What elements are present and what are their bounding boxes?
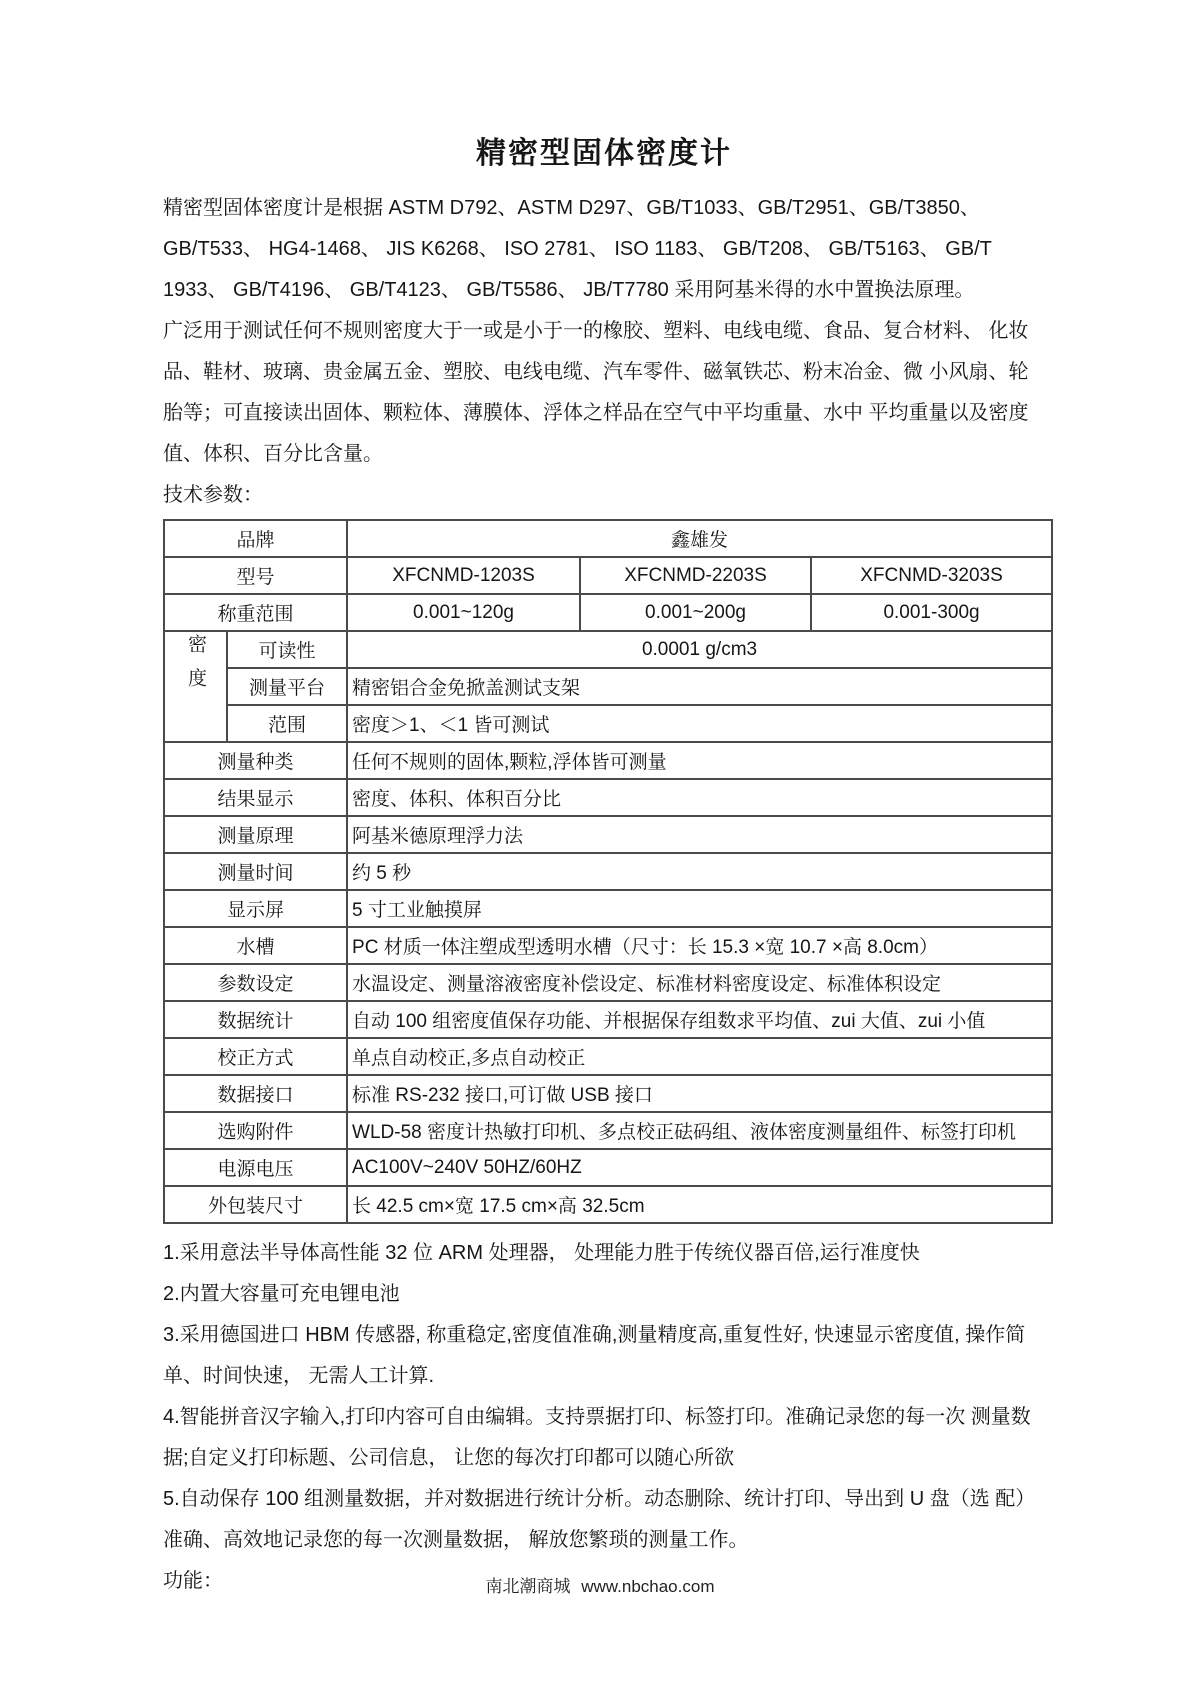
row-label: 测量原理 — [164, 816, 347, 853]
intro-paragraph-1: 精密型固体密度计是根据 ASTM D792、ASTM D297、GB/T1033… — [163, 188, 1045, 311]
table-row-weigh-range: 称重范围 0.001~120g 0.001~200g 0.001-300g — [164, 594, 1052, 631]
table-row: 选购附件 WLD-58 密度计热敏打印机、多点校正砝码组、液体密度测量组件、标签… — [164, 1112, 1052, 1149]
table-row: 结果显示 密度、体积、体积百分比 — [164, 779, 1052, 816]
table-row-density-range: 范围 密度＞1、＜1 皆可测试 — [164, 705, 1052, 742]
density-group-text: 密度 — [182, 634, 209, 702]
row-value: 鑫雄发 — [347, 520, 1052, 557]
row-label: 数据统计 — [164, 1001, 347, 1038]
row-label: 称重范围 — [164, 594, 347, 631]
row-label: 水槽 — [164, 927, 347, 964]
table-row-brand: 品牌 鑫雄发 — [164, 520, 1052, 557]
row-label: 电源电压 — [164, 1149, 347, 1186]
feature-item-2: 2.内置大容量可充电锂电池 — [163, 1274, 1045, 1315]
table-row: 数据接口 标准 RS-232 接口,可订做 USB 接口 — [164, 1075, 1052, 1112]
feature-item-4: 4.智能拼音汉字输入,打印内容可自由编辑。支持票据打印、标签打印。准确记录您的每… — [163, 1397, 1045, 1479]
row-value: 标准 RS-232 接口,可订做 USB 接口 — [347, 1075, 1052, 1112]
table-row: 显示屏 5 寸工业触摸屏 — [164, 890, 1052, 927]
table-row: 测量种类 任何不规则的固体,颗粒,浮体皆可测量 — [164, 742, 1052, 779]
model-cell: XFCNMD-2203S — [580, 557, 811, 594]
table-row-density-platform: 测量平台 精密铝合金免掀盖测试支架 — [164, 668, 1052, 705]
row-value: 密度＞1、＜1 皆可测试 — [347, 705, 1052, 742]
row-value: 精密铝合金免掀盖测试支架 — [347, 668, 1052, 705]
row-value: PC 材质一体注塑成型透明水槽（尺寸：长 15.3 ×宽 10.7 ×高 8.0… — [347, 927, 1052, 964]
model-cell: XFCNMD-1203S — [347, 557, 580, 594]
row-value: 长 42.5 cm×宽 17.5 cm×高 32.5cm — [347, 1186, 1052, 1223]
row-value: AC100V~240V 50HZ/60HZ — [347, 1149, 1052, 1186]
intro-paragraph-2: 广泛用于测试任何不规则密度大于一或是小于一的橡胶、塑料、电线电缆、食品、复合材料… — [163, 311, 1045, 475]
specs-heading: 技术参数： — [163, 475, 1045, 516]
table-row: 测量时间 约 5 秒 — [164, 853, 1052, 890]
row-label: 结果显示 — [164, 779, 347, 816]
table-row-model: 型号 XFCNMD-1203S XFCNMD-2203S XFCNMD-3203… — [164, 557, 1052, 594]
range-cell: 0.001-300g — [811, 594, 1052, 631]
row-value: 阿基米德原理浮力法 — [347, 816, 1052, 853]
table-row: 外包装尺寸 长 42.5 cm×宽 17.5 cm×高 32.5cm — [164, 1186, 1052, 1223]
row-label: 可读性 — [227, 631, 347, 668]
row-value: 5 寸工业触摸屏 — [347, 890, 1052, 927]
row-value: 约 5 秒 — [347, 853, 1052, 890]
row-label: 测量时间 — [164, 853, 347, 890]
feature-list: 1.采用意法半导体高性能 32 位 ARM 处理器， 处理能力胜于传统仪器百倍,… — [163, 1233, 1045, 1602]
row-label: 外包装尺寸 — [164, 1186, 347, 1223]
range-cell: 0.001~120g — [347, 594, 580, 631]
range-cell: 0.001~200g — [580, 594, 811, 631]
row-label: 测量种类 — [164, 742, 347, 779]
table-row-density-readability: 密度 可读性 0.0001 g/cm3 — [164, 631, 1052, 668]
table-row: 水槽 PC 材质一体注塑成型透明水槽（尺寸：长 15.3 ×宽 10.7 ×高 … — [164, 927, 1052, 964]
row-label: 型号 — [164, 557, 347, 594]
row-value: 密度、体积、体积百分比 — [347, 779, 1052, 816]
row-value: 水温设定、测量溶液密度补偿设定、标准材料密度设定、标准体积设定 — [347, 964, 1052, 1001]
spec-table: 品牌 鑫雄发 型号 XFCNMD-1203S XFCNMD-2203S XFCN… — [163, 519, 1053, 1224]
row-label: 范围 — [227, 705, 347, 742]
model-cell: XFCNMD-3203S — [811, 557, 1052, 594]
row-value: 单点自动校正,多点自动校正 — [347, 1038, 1052, 1075]
row-label: 参数设定 — [164, 964, 347, 1001]
table-row: 参数设定 水温设定、测量溶液密度补偿设定、标准材料密度设定、标准体积设定 — [164, 964, 1052, 1001]
feature-item-3: 3.采用德国进口 HBM 传感器, 称重稳定,密度值准确,测量精度高,重复性好,… — [163, 1315, 1045, 1397]
page-footer: 南北潮商城 www.nbchao.com — [0, 1572, 1200, 1597]
row-label: 校正方式 — [164, 1038, 347, 1075]
row-label: 显示屏 — [164, 890, 347, 927]
footer-site-name: 南北潮商城 — [483, 1577, 574, 1596]
table-row: 电源电压 AC100V~240V 50HZ/60HZ — [164, 1149, 1052, 1186]
feature-item-1: 1.采用意法半导体高性能 32 位 ARM 处理器， 处理能力胜于传统仪器百倍,… — [163, 1233, 1045, 1274]
row-label: 测量平台 — [227, 668, 347, 705]
page-title: 精密型固体密度计 — [163, 128, 1045, 172]
row-value: 任何不规则的固体,颗粒,浮体皆可测量 — [347, 742, 1052, 779]
density-group-label: 密度 — [164, 631, 227, 742]
document-page: 精密型固体密度计 精密型固体密度计是根据 ASTM D792、ASTM D297… — [0, 0, 1200, 1697]
row-value: 自动 100 组密度值保存功能、并根据保存组数求平均值、zui 大值、zui 小… — [347, 1001, 1052, 1038]
row-value: WLD-58 密度计热敏打印机、多点校正砝码组、液体密度测量组件、标签打印机 — [347, 1112, 1052, 1149]
footer-site-url: www.nbchao.com — [578, 1577, 717, 1596]
table-row: 校正方式 单点自动校正,多点自动校正 — [164, 1038, 1052, 1075]
feature-item-5: 5.自动保存 100 组测量数据，并对数据进行统计分析。动态删除、统计打印、导出… — [163, 1479, 1045, 1561]
row-value: 0.0001 g/cm3 — [347, 631, 1052, 668]
row-label: 选购附件 — [164, 1112, 347, 1149]
table-row: 测量原理 阿基米德原理浮力法 — [164, 816, 1052, 853]
row-label: 数据接口 — [164, 1075, 347, 1112]
row-label: 品牌 — [164, 520, 347, 557]
table-row: 数据统计 自动 100 组密度值保存功能、并根据保存组数求平均值、zui 大值、… — [164, 1001, 1052, 1038]
